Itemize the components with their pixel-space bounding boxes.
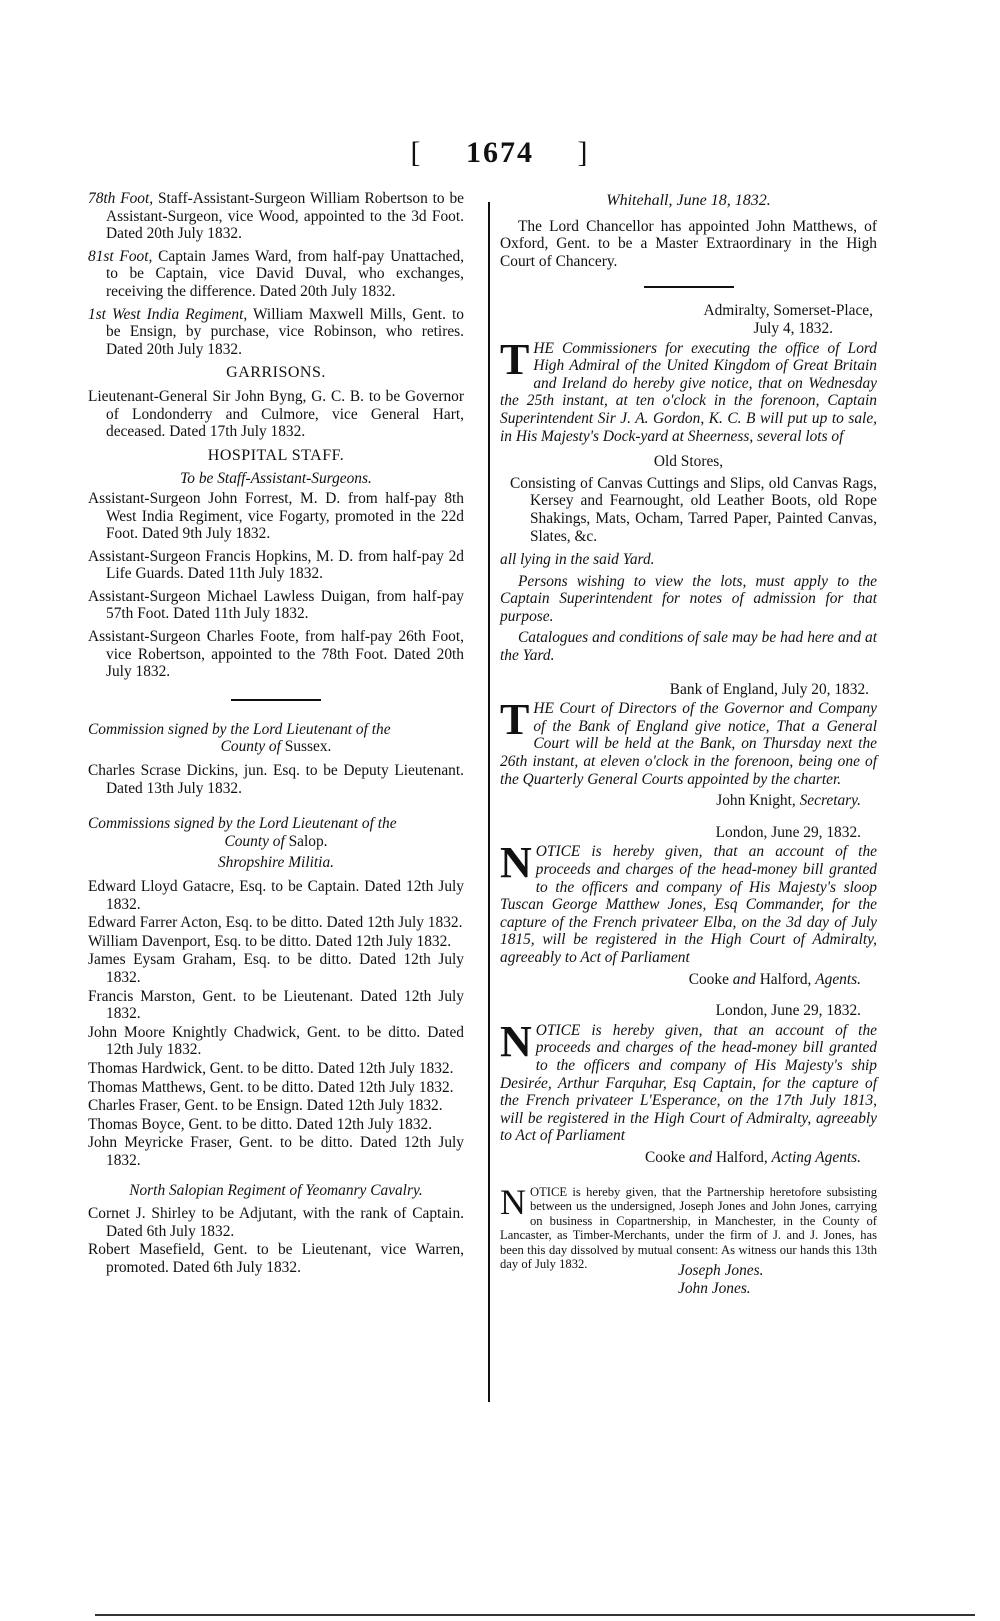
militia-entry: Charles Fraser, Gent. to be Ensign. Date… (88, 1097, 464, 1115)
signatory: Halford, (760, 971, 816, 988)
stores-list: Consisting of Canvas Cuttings and Slips,… (510, 475, 877, 545)
notice-text: OTICE is hereby given, that an account o… (500, 1022, 877, 1145)
drop-cap: N (500, 1024, 532, 1060)
notice-text: HE Court of Directors of the Governor an… (500, 700, 877, 787)
entry-text: Captain James Ward, from half-pay Unatta… (106, 248, 464, 300)
hospital-entry: Assistant-Surgeon Charles Foote, from ha… (88, 628, 464, 681)
notice-text: HE Commissioners for executing the offic… (500, 340, 877, 445)
militia-entry: John Meyricke Fraser, Gent. to be ditto.… (88, 1134, 464, 1169)
partnership-notice: NOTICE is hereby given, that the Partner… (500, 1185, 877, 1273)
tuscan-dateline: London, June 29, 1832. (500, 824, 861, 842)
signatory: John Knight, (716, 792, 799, 809)
section-rule (644, 286, 734, 288)
drop-cap: T (500, 702, 529, 738)
unit-name: 78th Foot, (88, 190, 153, 207)
drop-cap: N (500, 845, 532, 881)
right-bracket: ] (578, 136, 590, 170)
tuscan-signature: Cooke and Halford, Agents. (500, 971, 861, 989)
signatory-john: John Jones. (500, 1280, 877, 1298)
conjunction: and (733, 971, 760, 988)
militia-entry: James Eysam Graham, Esq. to be ditto. Da… (88, 951, 464, 986)
admiralty-dateline-2: July 4, 1832. (500, 320, 833, 338)
catalogues-note: Catalogues and conditions of sale may be… (500, 629, 877, 664)
militia-entry: Thomas Hardwick, Gent. to be ditto. Date… (88, 1060, 464, 1078)
sussex-county: County of Sussex. (88, 738, 464, 756)
column-divider (488, 202, 490, 1402)
sussex-entry: Charles Scrase Dickins, jun. Esq. to be … (88, 762, 464, 797)
yeomanry-entry: Cornet J. Shirley to be Adjutant, with t… (88, 1205, 464, 1240)
militia-entry: William Davenport, Esq. to be ditto. Dat… (88, 933, 464, 951)
entry-text: Staff-Assistant-Surgeon William Robertso… (106, 190, 464, 242)
hospital-entry: Assistant-Surgeon Michael Lawless Duigan… (88, 588, 464, 623)
unit-name: 1st West India Regiment, (88, 306, 247, 323)
left-column: 78th Foot, Staff-Assistant-Surgeon Willi… (88, 190, 464, 1277)
hospital-entry: Assistant-Surgeon John Forrest, M. D. fr… (88, 490, 464, 543)
drop-cap: T (500, 342, 529, 378)
old-stores-heading: Old Stores, (500, 453, 877, 471)
militia-entry: Edward Farrer Acton, Esq. to be ditto. D… (88, 914, 464, 932)
signatory: Halford, (716, 1149, 772, 1166)
notice-text: OTICE is hereby given, that an account o… (500, 843, 877, 966)
admiralty-dateline-1: Admiralty, Somerset-Place, (500, 302, 873, 320)
county-of-label: County of (224, 833, 288, 850)
militia-heading: Shropshire Militia. (88, 854, 464, 872)
signatory-title: Acting Agents. (772, 1149, 861, 1166)
militia-entry: Edward Lloyd Gatacre, Esq. to be Captain… (88, 878, 464, 913)
militia-entry: John Moore Knightly Chadwick, Gent. to b… (88, 1024, 464, 1059)
county-of-label: County of (221, 738, 285, 755)
bank-signature: John Knight, Secretary. (500, 792, 861, 810)
hospital-entry: Assistant-Surgeon Francis Hopkins, M. D.… (88, 548, 464, 583)
bank-notice: THE Court of Directors of the Governor a… (500, 700, 877, 788)
army-entry: 1st West India Regiment, William Maxwell… (88, 306, 464, 359)
salop-caption: Commissions signed by the Lord Lieutenan… (88, 815, 464, 833)
drop-cap: N (500, 1187, 526, 1217)
left-bracket: [ (411, 136, 423, 170)
yeomanry-entry: Robert Masefield, Gent. to be Lieutenant… (88, 1241, 464, 1276)
right-column: Whitehall, June 18, 1832. The Lord Chanc… (500, 190, 877, 1297)
sussex-caption: Commission signed by the Lord Lieutenant… (88, 721, 464, 739)
section-rule (231, 699, 321, 701)
persons-note: Persons wishing to view the lots, must a… (500, 573, 877, 626)
desiree-notice: NOTICE is hereby given, that an account … (500, 1022, 877, 1145)
yeomanry-heading: North Salopian Regiment of Yeomanry Cava… (88, 1182, 464, 1200)
notice-text: OTICE is hereby given, that the Partners… (500, 1185, 877, 1272)
garrisons-heading: GARRISONS. (88, 364, 464, 382)
hospital-staff-heading: HOSPITAL STAFF. (88, 447, 464, 465)
militia-entry: Francis Marston, Gent. to be Lieutenant.… (88, 988, 464, 1023)
garrison-entry: Lieutenant-General Sir John Byng, G. C. … (88, 388, 464, 441)
signatory-title: Secretary. (800, 792, 861, 809)
salop-county: County of Salop. (88, 833, 464, 851)
tuscan-notice: NOTICE is hereby given, that an account … (500, 843, 877, 966)
conjunction: and (689, 1149, 716, 1166)
whitehall-notice: The Lord Chancellor has appointed John M… (500, 218, 877, 271)
desiree-signature: Cooke and Halford, Acting Agents. (500, 1149, 861, 1167)
county-name: Sussex. (285, 738, 332, 755)
page-bottom-rule (95, 1614, 975, 1616)
unit-name: 81st Foot, (88, 248, 152, 265)
lying-note: all lying in the said Yard. (500, 551, 877, 569)
militia-entry: Thomas Boyce, Gent. to be ditto. Dated 1… (88, 1116, 464, 1134)
desiree-dateline: London, June 29, 1832. (500, 1002, 861, 1020)
page-number: 1674 (466, 136, 534, 169)
signatory: Cooke (645, 1149, 689, 1166)
army-entry: 81st Foot, Captain James Ward, from half… (88, 248, 464, 301)
county-name: Salop. (289, 833, 328, 850)
whitehall-dateline: Whitehall, June 18, 1832. (500, 192, 877, 210)
bank-dateline: Bank of England, July 20, 1832. (500, 681, 869, 699)
page-header: [ 1674 ] (0, 136, 1000, 170)
admiralty-notice: THE Commissioners for executing the offi… (500, 340, 877, 446)
militia-entry: Thomas Matthews, Gent. to be ditto. Date… (88, 1079, 464, 1097)
signatory: Cooke (689, 971, 733, 988)
hospital-staff-subheading: To be Staff-Assistant-Surgeons. (88, 470, 464, 488)
signatory-title: Agents. (815, 971, 861, 988)
army-entry: 78th Foot, Staff-Assistant-Surgeon Willi… (88, 190, 464, 243)
